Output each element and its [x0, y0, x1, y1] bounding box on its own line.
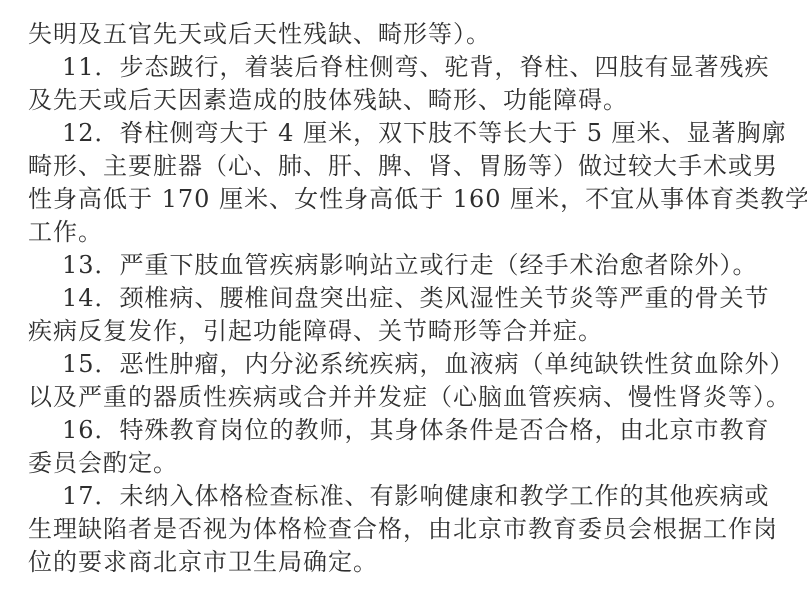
text-line: 15．恶性肿瘤，内分泌系统疾病，血液病（单纯缺铁性贫血除外）	[28, 348, 787, 381]
text-line: 疾病反复发作，引起功能障碍、关节畸形等合并症。	[28, 315, 787, 348]
document-body: 失明及五官先天或后天性残缺、畸形等）。11．步态跛行，着装后脊柱侧弯、驼背，脊柱…	[28, 18, 787, 579]
text-line: 14．颈椎病、腰椎间盘突出症、类风湿性关节炎等严重的骨关节	[28, 282, 787, 315]
text-line: 位的要求商北京市卫生局确定。	[28, 546, 787, 579]
text-line: 及先天或后天因素造成的肢体残缺、畸形、功能障碍。	[28, 84, 787, 117]
text-line: 以及严重的器质性疾病或合并并发症（心脑血管疾病、慢性肾炎等）。	[28, 381, 787, 414]
text-line: 工作。	[28, 216, 787, 249]
text-line: 畸形、主要脏器（心、肺、肝、脾、肾、胃肠等）做过较大手术或男	[28, 150, 787, 183]
text-line: 12．脊柱侧弯大于 4 厘米，双下肢不等长大于 5 厘米、显著胸廓	[28, 117, 787, 150]
text-line: 13．严重下肢血管疾病影响站立或行走（经手术治愈者除外）。	[28, 249, 787, 282]
text-line: 失明及五官先天或后天性残缺、畸形等）。	[28, 18, 787, 51]
text-line: 性身高低于 170 厘米、女性身高低于 160 厘米，不宜从事体育类教学	[28, 183, 787, 216]
text-line: 17．未纳入体格检查标准、有影响健康和教学工作的其他疾病或	[28, 480, 787, 513]
document-page: 失明及五官先天或后天性残缺、畸形等）。11．步态跛行，着装后脊柱侧弯、驼背，脊柱…	[0, 0, 807, 593]
text-line: 委员会酌定。	[28, 447, 787, 480]
text-line: 11．步态跛行，着装后脊柱侧弯、驼背，脊柱、四肢有显著残疾	[28, 51, 787, 84]
text-line: 16．特殊教育岗位的教师，其身体条件是否合格，由北京市教育	[28, 414, 787, 447]
text-line: 生理缺陷者是否视为体格检查合格，由北京市教育委员会根据工作岗	[28, 513, 787, 546]
